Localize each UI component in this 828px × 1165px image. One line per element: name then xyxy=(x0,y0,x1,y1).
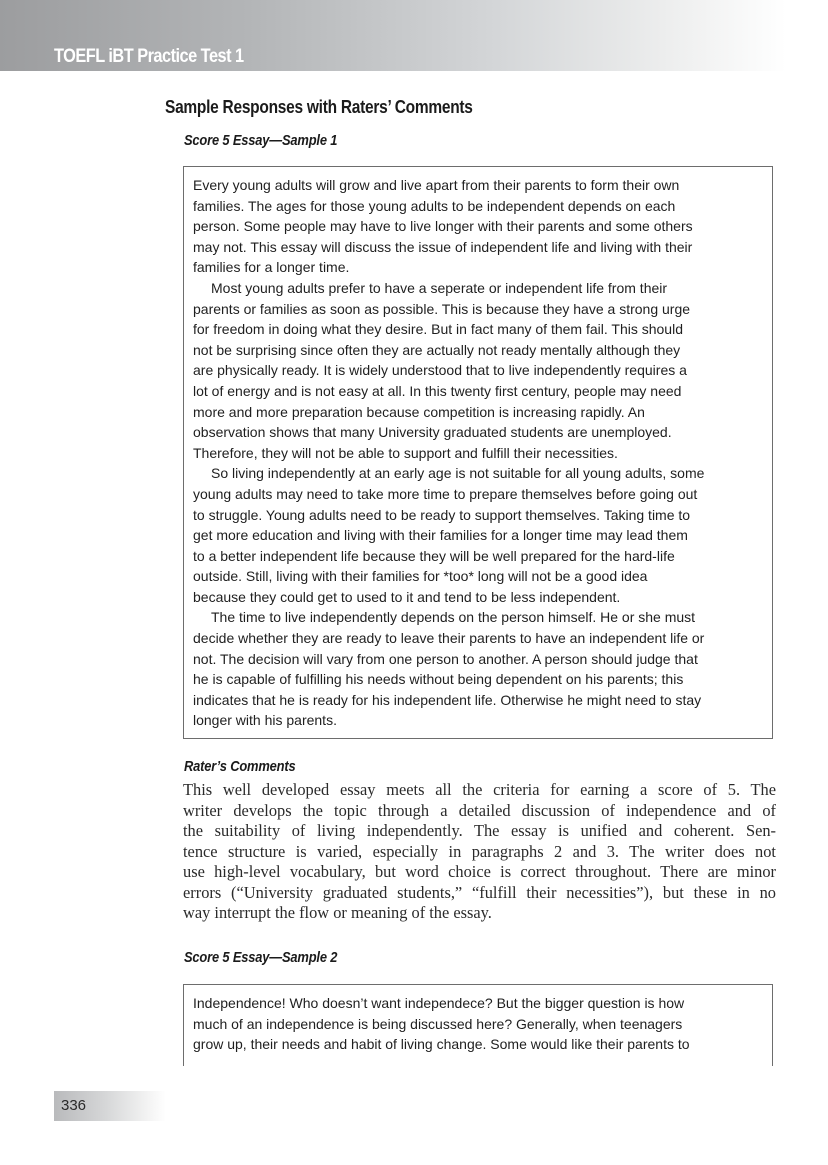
essay-line: parents or families as soon as possible.… xyxy=(193,299,762,320)
comment-line: writer develops the topic through a deta… xyxy=(183,801,776,822)
comment-line: tence structure is varied, especially in… xyxy=(183,842,776,863)
essay-line: longer with his parents. xyxy=(193,710,762,731)
essay-paragraph: The time to live independently depends o… xyxy=(193,607,762,731)
essay-line: are physically ready. It is widely under… xyxy=(193,360,762,381)
essay-line: families for a longer time. xyxy=(193,257,762,278)
essay-line: he is capable of fulfilling his needs wi… xyxy=(193,669,762,690)
essay-line: get more education and living with their… xyxy=(193,525,762,546)
essay-line: may not. This essay will discuss the iss… xyxy=(193,237,762,258)
essay-paragraph: Most young adults prefer to have a seper… xyxy=(193,278,762,463)
essay-line: for freedom in doing what they desire. B… xyxy=(193,319,762,340)
essay-line: decide whether they are ready to leave t… xyxy=(193,628,762,649)
essay-line: not be surprising since often they are a… xyxy=(193,340,762,361)
essay-line: young adults may need to take more time … xyxy=(193,484,762,505)
essay-line: to a better independent life because the… xyxy=(193,546,762,567)
essay-line: Every young adults will grow and live ap… xyxy=(193,175,762,196)
essay-line: because they could get to used to it and… xyxy=(193,587,762,608)
essay-line: more and more preparation because compet… xyxy=(193,402,762,423)
section-title: Sample Responses with Raters’ Comments xyxy=(165,97,473,118)
essay-line: Therefore, they will not be able to supp… xyxy=(193,443,762,464)
essay-paragraph: Every young adults will grow and live ap… xyxy=(193,175,762,278)
essay-line: The time to live independently depends o… xyxy=(193,607,762,628)
page-number: 336 xyxy=(61,1097,86,1114)
comment-line: the suitability of living independently.… xyxy=(183,821,776,842)
essay-line: Most young adults prefer to have a seper… xyxy=(193,278,762,299)
essay-line: grow up, their needs and habit of living… xyxy=(193,1034,762,1055)
essay-line: outside. Still, living with their famili… xyxy=(193,566,762,587)
essay-paragraph: So living independently at an early age … xyxy=(193,463,762,607)
essay-line: indicates that he is ready for his indep… xyxy=(193,690,762,711)
essay-line: to struggle. Young adults need to be rea… xyxy=(193,505,762,526)
essay-line: Independence! Who doesn’t want independe… xyxy=(193,993,762,1014)
sample-2-heading: Score 5 Essay—Sample 2 xyxy=(184,949,337,966)
comment-line: errors (“University graduated students,”… xyxy=(183,883,776,904)
comment-line: way interrupt the flow or meaning of the… xyxy=(183,903,776,924)
raters-comments-body: This well developed essay meets all the … xyxy=(183,780,776,924)
essay-line: families. The ages for those young adult… xyxy=(193,196,762,217)
essay-line: So living independently at an early age … xyxy=(193,463,762,484)
essay-line: lot of energy and is not easy at all. In… xyxy=(193,381,762,402)
running-header-title: TOEFL iBT Practice Test 1 xyxy=(54,46,244,68)
comment-line: This well developed essay meets all the … xyxy=(183,780,776,801)
essay-paragraph: Independence! Who doesn’t want independe… xyxy=(193,993,762,1055)
essay-line: not. The decision will vary from one per… xyxy=(193,649,762,670)
essay-line: much of an independence is being discuss… xyxy=(193,1014,762,1035)
raters-comments-heading: Rater’s Comments xyxy=(184,758,295,775)
essay-line: observation shows that many University g… xyxy=(193,422,762,443)
essay-line: person. Some people may have to live lon… xyxy=(193,216,762,237)
sample-1-essay-box: Every young adults will grow and live ap… xyxy=(183,166,773,739)
comment-line: use high-level vocabulary, but word choi… xyxy=(183,862,776,883)
sample-2-essay-box: Independence! Who doesn’t want independe… xyxy=(183,984,773,1066)
sample-1-heading: Score 5 Essay—Sample 1 xyxy=(184,132,337,149)
